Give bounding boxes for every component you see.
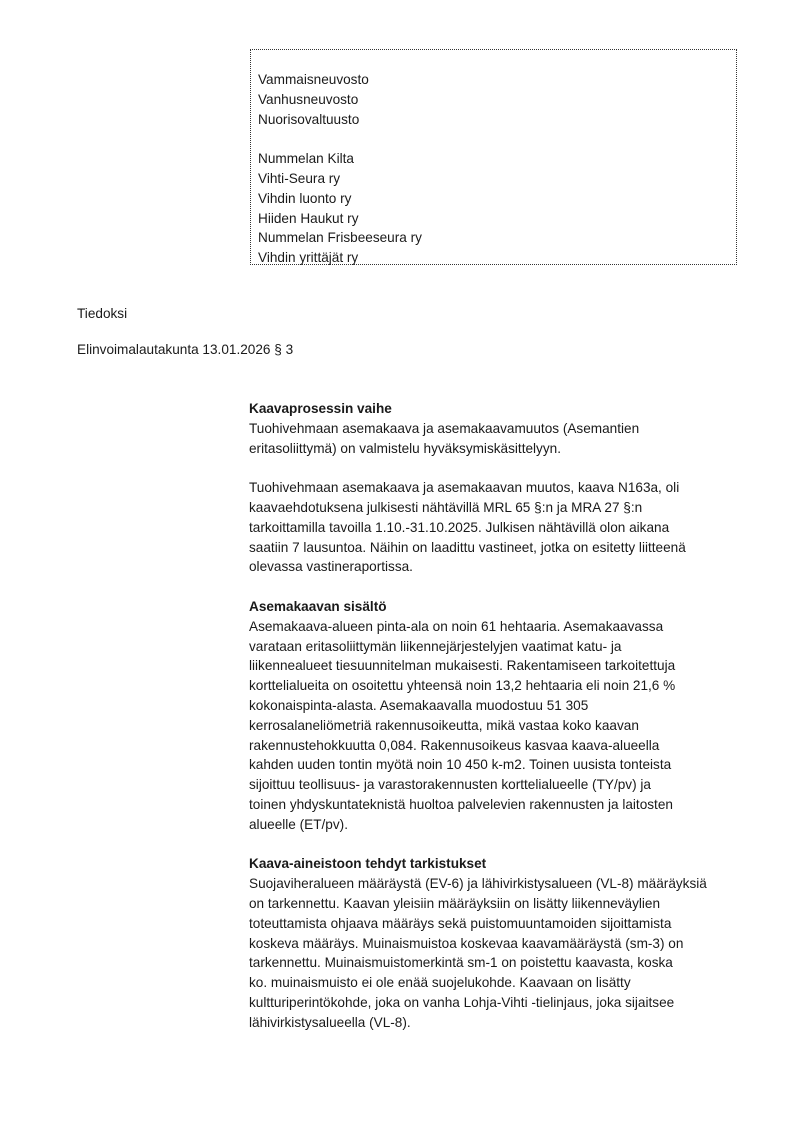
- recipient-item: Vanhusneuvosto: [258, 90, 736, 110]
- recipients-box: VammaisneuvostoVanhusneuvostoNuorisovalt…: [250, 49, 737, 265]
- text-line: liikennealueet tiesuunnitelman mukaisest…: [249, 656, 749, 676]
- paragraph: Tuohivehmaan asemakaava ja asemakaavan m…: [249, 478, 749, 577]
- document-body: Kaavaprosessin vaiheTuohivehmaan asemaka…: [249, 399, 749, 1052]
- recipient-item: Nuorisovaltuusto: [258, 110, 736, 130]
- text-line: Tuohivehmaan asemakaava ja asemakaavan m…: [249, 478, 749, 498]
- section-title: Asemakaavan sisältö: [249, 597, 749, 617]
- councils-list: VammaisneuvostoVanhusneuvostoNuorisovalt…: [258, 70, 736, 129]
- text-line: tarkoittamilla tavoilla 1.10.-31.10.2025…: [249, 518, 749, 538]
- section: Kaavaprosessin vaiheTuohivehmaan asemaka…: [249, 399, 749, 577]
- recipient-item: Vammaisneuvosto: [258, 70, 736, 90]
- paragraph: Tuohivehmaan asemakaava ja asemakaavamuu…: [249, 419, 749, 459]
- text-line: varataan eritasoliittymän liikennejärjes…: [249, 637, 749, 657]
- section: Asemakaavan sisältöAsemakaava-alueen pin…: [249, 597, 749, 835]
- recipient-item: Hiiden Haukut ry: [258, 209, 736, 229]
- text-line: olevassa vastineraportissa.: [249, 557, 749, 577]
- recipient-item: Vihdin luonto ry: [258, 189, 736, 209]
- text-line: koskeva määräys. Muinaismuistoa koskevaa…: [249, 934, 749, 954]
- text-line: Suojaviheralueen määräystä (EV-6) ja läh…: [249, 874, 749, 894]
- text-line: Tuohivehmaan asemakaava ja asemakaavamuu…: [249, 419, 749, 439]
- recipient-item: Nummelan Kilta: [258, 149, 736, 169]
- section: Kaava-aineistoon tehdyt tarkistuksetSuoj…: [249, 854, 749, 1032]
- section-title: Kaava-aineistoon tehdyt tarkistukset: [249, 854, 749, 874]
- recipient-item: Vihti-Seura ry: [258, 169, 736, 189]
- text-line: alueelle (ET/pv).: [249, 815, 749, 835]
- paragraph: Asemakaava-alueen pinta-ala on noin 61 h…: [249, 617, 749, 835]
- text-line: kerrosalaneliömetriä rakennusoikeutta, m…: [249, 716, 749, 736]
- text-line: Asemakaava-alueen pinta-ala on noin 61 h…: [249, 617, 749, 637]
- recipient-item: Nummelan Frisbeeseura ry: [258, 228, 736, 248]
- text-line: tarkennettu. Muinaismuistomerkintä sm-1 …: [249, 953, 749, 973]
- tiedoksi-label: Tiedoksi: [77, 304, 127, 324]
- text-line: ko. muinaismuisto ei ole enää suojelukoh…: [249, 973, 749, 993]
- spacer: [258, 129, 736, 149]
- text-line: korttelialueita on osoitettu yhteensä no…: [249, 676, 749, 696]
- text-line: sijoittuu teollisuus- ja varastorakennus…: [249, 775, 749, 795]
- text-line: kokonaispinta-alasta. Asemakaavalla muod…: [249, 696, 749, 716]
- text-line: toinen yhdyskuntateknistä huoltoa palvel…: [249, 795, 749, 815]
- meeting-reference: Elinvoimalautakunta 13.01.2026 § 3: [77, 340, 293, 360]
- text-line: rakennustehokkuutta 0,084. Rakennusoikeu…: [249, 736, 749, 756]
- text-line: lähivirkistysalueella (VL-8).: [249, 1013, 749, 1033]
- text-line: eritasoliittymä) on valmistelu hyväksymi…: [249, 439, 749, 459]
- paragraph: Suojaviheralueen määräystä (EV-6) ja läh…: [249, 874, 749, 1032]
- text-line: saatiin 7 lausuntoa. Näihin on laadittu …: [249, 538, 749, 558]
- text-line: kahden uuden tontin myötä noin 10 450 k-…: [249, 755, 749, 775]
- text-line: on tarkennettu. Kaavan yleisiin määräyks…: [249, 894, 749, 914]
- text-line: kultturiperintökohde, joka on vanha Lohj…: [249, 993, 749, 1013]
- section-title: Kaavaprosessin vaihe: [249, 399, 749, 419]
- recipient-item: Vihdin yrittäjät ry: [258, 248, 736, 268]
- associations-list: Nummelan KiltaVihti-Seura ryVihdin luont…: [258, 149, 736, 268]
- text-line: kaavaehdotuksena julkisesti nähtävillä M…: [249, 498, 749, 518]
- text-line: toteuttamista ohjaava määräys sekä puist…: [249, 914, 749, 934]
